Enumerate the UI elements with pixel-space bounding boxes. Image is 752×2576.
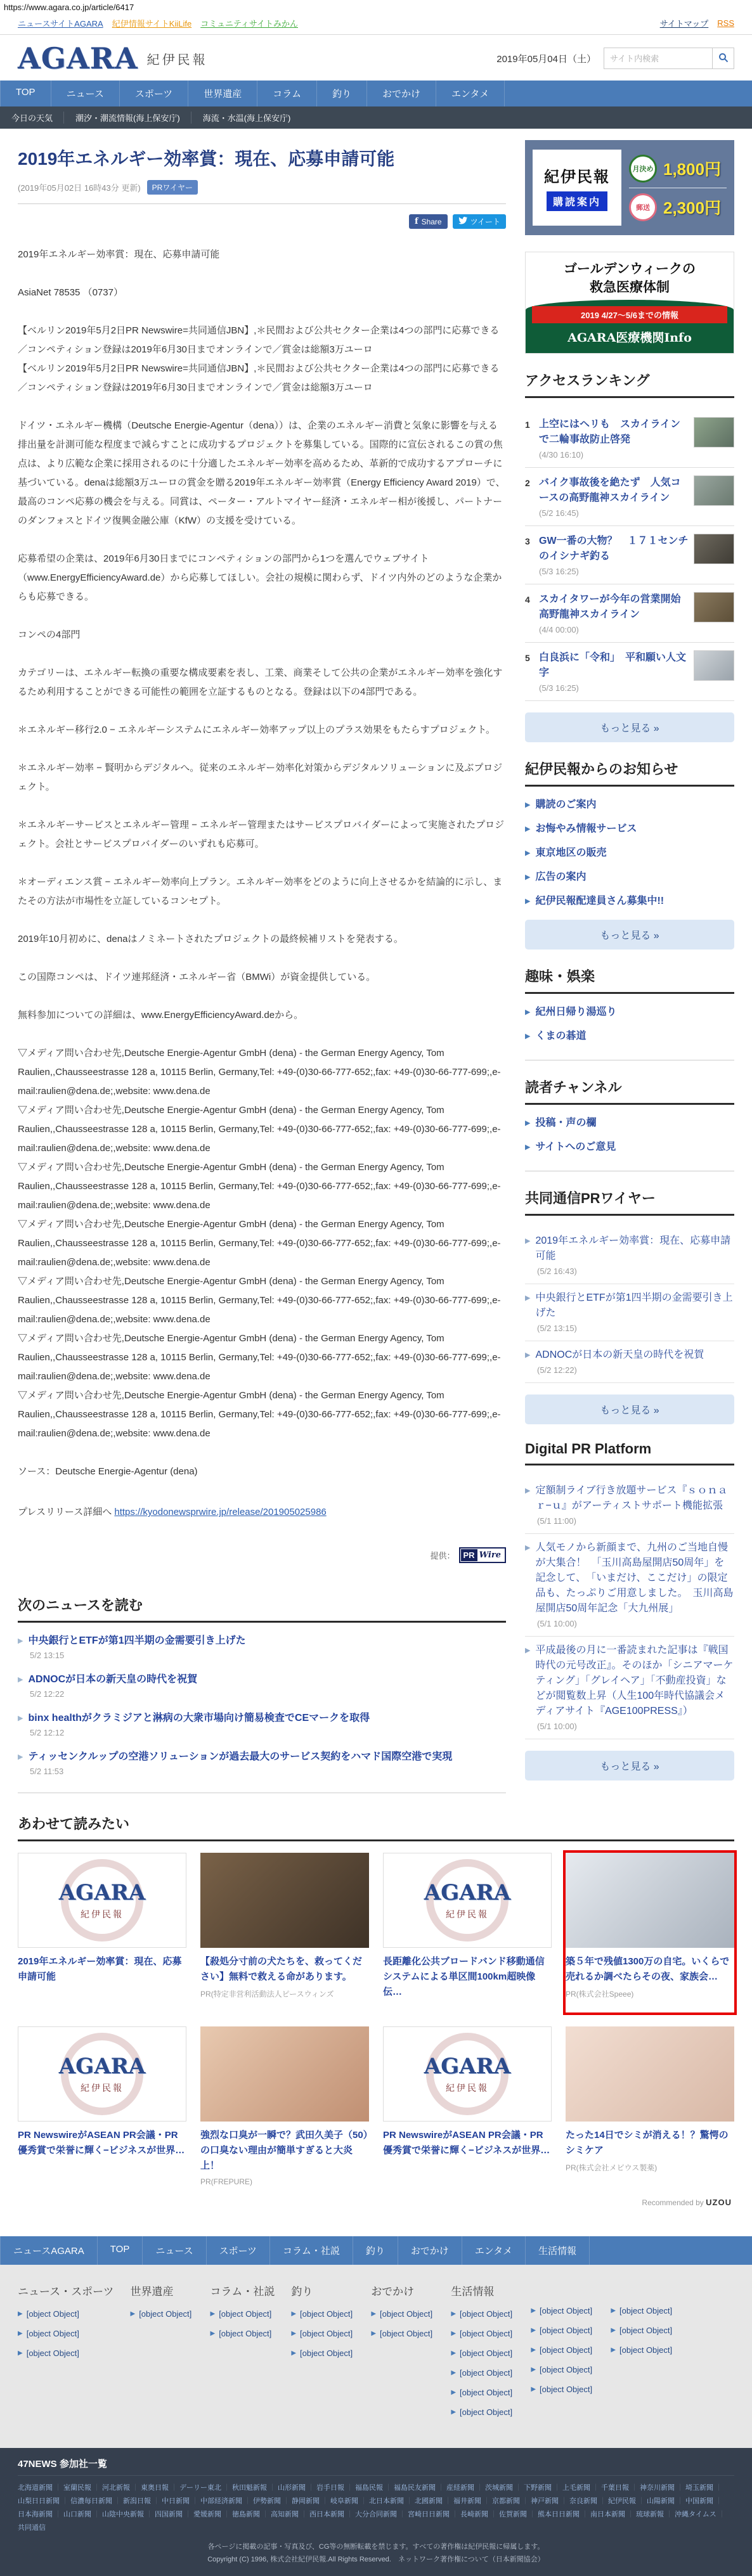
search-input[interactable] [604,49,712,68]
arrow-icon: ▶ [531,2325,536,2336]
main-nav-item[interactable]: TOP [0,80,51,106]
news47-member-link[interactable]: 福井新聞 [453,2495,492,2506]
news47-member-link[interactable]: 埼玉新聞 [685,2482,724,2492]
notice-item: ▶ 東京地区の販売 [525,846,734,860]
hobby-heading: 趣味・娯楽 [525,966,734,994]
footer-nav-item[interactable]: TOP [98,2236,143,2265]
logo-text: AGARA [18,44,138,73]
prwire-logo-pr: PR [461,1549,477,1561]
arrow-icon: ▶ [18,1673,23,1687]
arrow-icon: ▶ [451,2309,456,2320]
footer-link-item: ▶ [object Object] [531,2364,594,2376]
footer-link-item: ▶ [object Object] [451,2387,514,2399]
footer-link-item: ▶ [object Object] [531,2345,594,2356]
topbar-site-link[interactable]: 紀伊情報サイトKiiLife [112,17,192,29]
news47-member-link[interactable]: 宮崎日日新聞 [408,2509,460,2519]
arrow-icon: ▶ [291,2309,296,2320]
news47-member-link[interactable]: 千葉日報 [601,2482,640,2492]
news47-member-link[interactable]: 山梨日日新聞 [18,2495,70,2506]
footer-link[interactable]: [object Object] [619,2325,672,2336]
notice-more-button[interactable]: もっと見る » [525,920,734,950]
related-card[interactable]: AGARA 紀伊民報 PR NewswireがASEAN PR会議・PR優秀賞で… [18,2026,186,2186]
arrow-icon: ▶ [611,2345,616,2356]
news47-member-link[interactable]: 高知新聞 [271,2509,309,2519]
footer-link-item: ▶ [object Object] [451,2407,514,2418]
news47-member-link[interactable]: 北國新聞 [415,2495,453,2506]
article-paragraph: 無料参加についての詳細は、www.EnergyEfficiencyAward.d… [18,1006,506,1025]
related-card[interactable]: AGARA 紀伊民報 築５年で残値1300万の自宅。いくらで売れるか調べたらその… [566,1853,734,2012]
related-card-title[interactable]: 強烈な口臭が一瞬で？武田久美子（50）の口臭ない理由が簡単すぎると大炎上！ [200,2128,369,2173]
topbar-utility-link[interactable]: サイトマップ [660,17,709,29]
news47-member-link[interactable]: 中部経済新聞 [200,2495,253,2506]
news47-member-link[interactable]: 茨城新聞 [485,2482,524,2492]
article-paragraph-line: ▽メディア問い合わせ先,Deutsche Energie-Agentur Gmb… [18,1101,506,1158]
dpp-feed-time: (5/1 10:00) [537,1619,734,1628]
agara-logo-text: AGARA [59,1880,145,1905]
arrow-icon: ▶ [525,1233,530,1264]
notice-item-link[interactable]: 購読のご案内 [535,798,596,812]
news47-member-link[interactable]: 神奈川新聞 [640,2482,685,2492]
notice-item-link[interactable]: 東京地区の販売 [535,846,606,860]
article-paragraph-line: この国際コンペは、ドイツ連邦経済・エネルギー省（BMWi）が資金提供している。 [18,968,506,987]
monthly-price: 1,800円 [663,157,721,180]
ranking-item-link[interactable]: スカイタワーが今年の営業開始 高野龍神スカイライン [539,594,691,620]
ranking-item: 4 スカイタワーが今年の営業開始 高野龍神スカイライン (4/4 00:00) [525,584,734,643]
arrow-icon: ▶ [371,2328,376,2340]
news-list-item: ▶ ADNOCが日本の新天皇の時代を祝賀 5/2 12:22 [18,1673,506,1699]
topbar-utility-link[interactable]: RSS [717,18,734,28]
news47-member-link[interactable]: 奈良新聞 [569,2495,608,2506]
news47-member-link[interactable]: 沖縄タイムス [675,2509,727,2519]
article-paragraph-line: 【ベルリン2019年5月2日PR Newswire=共同通信JBN】,＊民間およ… [18,359,506,397]
arrow-icon: ▶ [18,2348,23,2359]
article-paragraph: ▽メディア問い合わせ先,Deutsche Energie-Agentur Gmb… [18,1044,506,1443]
arrow-icon: ▶ [18,2328,23,2340]
footer-link[interactable]: [object Object] [540,2305,592,2317]
related-card-title[interactable]: 築５年で残値1300万の自宅。いくらで売れるか調べたらその夜、家族会… [566,1954,734,1985]
news47-member-link[interactable]: 山形新聞 [278,2482,316,2492]
ranking-thumbnail[interactable] [694,650,734,681]
article-paragraph: ＊エネルギー移行2.0 − エネルギーシステムにエネルギー効率アップ以上のプラス… [18,721,506,740]
ranking-number: 3 [525,534,534,576]
footer-link[interactable]: [object Object] [460,2348,512,2359]
ranking-number: 5 [525,650,534,693]
footer-link-item: ▶ [object Object] [291,2348,354,2359]
ranking-item-link[interactable]: GW一番の大物？ １７１センチのイシナギ釣る [539,536,689,562]
dpp-feed-link[interactable]: 定額制ライブ行き放題サービス『ｓｏｎａｒ−ｕ』がアーティストサポート機能拡張 [535,1483,734,1514]
news47-member-link[interactable]: 新潟日報 [123,2495,162,2506]
arrow-icon: ▶ [525,822,530,836]
footer-nav-item[interactable]: 釣り [353,2236,398,2265]
news47-member-link[interactable]: 西日本新聞 [309,2509,355,2519]
sub-nav-item[interactable]: 海流・水温(海上保安庁) [191,106,302,129]
news-item-time: 5/2 13:15 [30,1651,506,1660]
article-paragraph: カテゴリーは、エネルギー転換の重要な構成要素を表し、工業、商業そして公共の企業が… [18,664,506,702]
gw-medical-ad-banner[interactable]: ゴールデンウィークの 救急医療体制 2019 4/27～5/6までの情報 AGA… [525,252,734,354]
news47-member-link[interactable]: 熊本日日新聞 [538,2509,590,2519]
topbar-site-link[interactable]: コミュニティサイトみかん [200,17,298,29]
related-card[interactable]: AGARA 紀伊民報 【殺処分寸前の犬たちを、救ってください】無料で救える命があ… [200,1853,369,2012]
prwire-feed-time: (5/2 13:15) [537,1323,734,1333]
news-list-item: ▶ 中央銀行とETFが第1四半期の金需要引き上げた 5/2 13:15 [18,1634,506,1660]
main-nav-item[interactable]: ニュース [51,80,120,106]
prwire-feed-heading: 共同通信PRワイヤー [525,1188,734,1216]
footer-link[interactable]: [object Object] [460,2367,512,2379]
notice-item: ▶ 紀伊民報配達員さん募集中!! [525,894,734,908]
site-logo[interactable]: AGARA 紀伊民報 [18,44,208,73]
footer-link[interactable]: [object Object] [27,2309,79,2320]
footer-link[interactable]: [object Object] [139,2309,191,2320]
prwire-feed-link[interactable]: ADNOCが日本の新天皇の時代を祝賀 [535,1348,704,1363]
header: AGARA 紀伊民報 2019年05月04日（土） [0,35,752,80]
article-updated-time: (2019年05月02日 16時43分 更新) [18,181,141,193]
ad-brand: 紀伊民報 [544,164,610,186]
footer-link[interactable]: [object Object] [300,2348,353,2359]
agara-logo-subtitle: 紀伊民報 [446,1908,489,1921]
footer-nav-item[interactable]: コラム・社説 [270,2236,353,2265]
footer-nav-item[interactable]: ニュース [143,2236,206,2265]
article-paragraph-line: 無料参加についての詳細は、www.EnergyEfficiencyAward.d… [18,1006,506,1025]
arrow-icon: ▶ [210,2309,215,2320]
news47-member-link[interactable]: 上毛新聞 [562,2482,601,2492]
news47-member-link[interactable]: 河北新報 [102,2482,141,2492]
news47-member-link[interactable]: 岩手日報 [316,2482,355,2492]
agara-logo-subtitle: 紀伊民報 [81,2082,124,2094]
news47-member-link[interactable]: 産経新聞 [446,2482,485,2492]
arrow-icon: ▶ [210,2328,215,2340]
pr-wire-badge: PRワイヤー [147,180,198,195]
news-item-link[interactable]: binx healthがクラミジアと淋病の大衆市場向け簡易検査でCEマークを取得 [28,1711,370,1725]
reader-channel-section: 読者チャンネル ▶ 投稿・声の欄 ▶ サイトへのご意見 [525,1077,734,1171]
news47-member-link[interactable]: 下野新聞 [524,2482,562,2492]
news47-member-link[interactable]: 神戸新聞 [531,2495,569,2506]
reader-channel-item-link[interactable]: 投稿・声の欄 [535,1116,596,1130]
footer-link-item: ▶ [object Object] [531,2305,594,2317]
dpp-feed-link[interactable]: 人気モノから新顔まで、九州のご当地自慢が大集合！ 「玉川高島屋開店50周年」を記… [535,1540,734,1616]
news47-member-link[interactable]: 山口新聞 [63,2509,102,2519]
news47-member-link[interactable]: 日本海新聞 [18,2509,63,2519]
facebook-share-button[interactable]: f Share [409,214,448,229]
related-card[interactable]: AGARA 紀伊民報 強烈な口臭が一瞬で？武田久美子（50）の口臭ない理由が簡単… [200,2026,369,2186]
arrow-icon: ▶ [451,2348,456,2359]
article-paragraph-line: ▽メディア問い合わせ先,Deutsche Energie-Agentur Gmb… [18,1329,506,1386]
sub-nav-item[interactable]: 今日の天気 [0,106,64,129]
article-paragraph: コンペの4部門 [18,626,506,645]
footer-nav-item[interactable]: エンタメ [462,2236,526,2265]
footer-nav-item[interactable]: おでかけ [398,2236,462,2265]
ranking-thumbnail[interactable] [694,475,734,506]
article-paragraph: 2019年エネルギー効率賞：現在、応募申請可能 [18,245,506,264]
ranking-item-time: (4/4 00:00) [539,625,689,634]
footer-column-heading: 生活情報 [451,2283,514,2298]
footer: ニュースAGARATOPニューススポーツコラム・社説釣りおでかけエンタメ生活情報… [0,2236,752,2576]
related-thumbnail: AGARA 紀伊民報 [383,2026,552,2122]
related-card[interactable]: AGARA 紀伊民報 長距離化公共ブロードバンド移動通信システムによる単区間10… [383,1853,552,2012]
arrow-icon: ▶ [451,2407,456,2418]
related-card[interactable]: AGARA 紀伊民報 PR NewswireがASEAN PR会議・PR優秀賞で… [383,2026,552,2186]
footer-column-heading: 釣り [291,2283,354,2298]
news47-member-link[interactable]: 東奥日報 [141,2482,179,2492]
ranking-item-time: (5/3 16:25) [539,683,689,693]
page-title: 2019年エネルギー効率賞：現在、応募申請可能 [18,146,506,171]
recommended-by: Recommended by UZOU [18,2198,732,2207]
news47-member-link[interactable]: 室蘭民報 [63,2482,102,2492]
agara-logo-subtitle: 紀伊民報 [446,2082,489,2094]
recommended-by-label: Recommended by [642,2198,703,2207]
ranking-thumbnail[interactable] [694,534,734,564]
article-paragraph-line: ソース：Deutsche Energie-Agentur (dena) [18,1462,506,1481]
news-item-link[interactable]: ADNOCが日本の新天皇の時代を祝賀 [28,1673,197,1687]
related-card-title[interactable]: PR NewswireがASEAN PR会議・PR優秀賞で栄誉に輝く−ビジネスが… [383,2128,552,2158]
ranking-more-button[interactable]: もっと見る » [525,712,734,742]
related-card-title[interactable]: 2019年エネルギー効率賞：現在、応募申請可能 [18,1954,186,1985]
mail-price-tag: 郵送 [629,193,657,221]
footer-link[interactable]: [object Object] [27,2348,79,2359]
arrow-icon: ▶ [525,870,530,884]
ranking-item-link[interactable]: 白良浜に「令和」 平和願い人文字 [539,652,686,678]
arrow-icon: ▶ [525,846,530,860]
sub-nav-item[interactable]: 潮汐・潮流情報(海上保安庁) [64,106,191,129]
article-paragraph-line: ＊エネルギーサービスとエネルギー管理 − エネルギー管理またはサービスプロバイダ… [18,816,506,854]
ad-period-strip: 2019 4/27～5/6までの情報 [532,306,727,323]
reader-channel-item: ▶ 投稿・声の欄 [525,1116,734,1130]
main-nav-item[interactable]: 世界遺産 [188,80,257,106]
footer-link[interactable]: [object Object] [460,2387,512,2399]
related-card-title[interactable]: PR NewswireがASEAN PR会議・PR優秀賞で栄誉に輝く−ビジネスが… [18,2128,186,2158]
footer-link[interactable]: [object Object] [219,2309,271,2320]
arrow-icon: ▶ [291,2348,296,2359]
article-paragraph: ＊エネルギー効率 − 賢明からデジタルへ。従来のエネルギー効率化対策からデジタル… [18,759,506,797]
ranking-thumbnail[interactable] [694,417,734,448]
news47-member-link[interactable]: 北海道新聞 [18,2482,63,2492]
related-card-title[interactable]: たった14日でシミが消える！？驚愕のシミケア [566,2128,734,2158]
article-paragraph-line: ▽メディア問い合わせ先,Deutsche Energie-Agentur Gmb… [18,1158,506,1215]
news47-member-link[interactable]: 福島民友新聞 [394,2482,446,2492]
main-nav-item[interactable]: スポーツ [120,80,188,106]
news47-heading: 47NEWS 参加社一覧 [18,2457,734,2476]
main-nav: TOPニューススポーツ世界遺産コラム釣りおでかけエンタメ [0,80,752,106]
news47-member-link[interactable]: 中日新聞 [162,2495,200,2506]
news47-member-link[interactable]: 静岡新聞 [292,2495,330,2506]
ranking-item-link[interactable]: バイク事故後を絶たず 人気コースの高野龍神スカイライン [539,477,681,503]
arrow-icon: ▶ [130,2309,135,2320]
article-paragraph: この国際コンペは、ドイツ連邦経済・エネルギー省（BMWi）が資金提供している。 [18,968,506,987]
main-nav-item[interactable]: エンタメ [436,80,505,106]
article-paragraph: AsiaNet 78535 （0737） [18,283,506,302]
footer-link[interactable]: [object Object] [619,2305,672,2317]
footer-link[interactable]: [object Object] [380,2309,432,2320]
news47-member-link[interactable]: 秋田魁新報 [232,2482,278,2492]
news-item-link[interactable]: 中央銀行とETFが第1四半期の金需要引き上げた [28,1634,245,1648]
news47-member-link[interactable]: 四国新聞 [155,2509,193,2519]
related-card[interactable]: AGARA 紀伊民報 たった14日でシミが消える！？驚愕のシミケア PR(株式会… [566,2026,734,2186]
ranking-number: 4 [525,592,534,634]
footer-link-item: ▶ [object Object] [611,2325,674,2336]
notice-item-link[interactable]: お悔やみ情報サービス [535,822,637,836]
footer-column-heading: コラム・社説 [210,2283,275,2298]
article-paragraph: ドイツ・エネルギー機構（Deutsche Energie-Agentur（den… [18,416,506,531]
footer-link-item: ▶ [object Object] [611,2345,674,2356]
footer-link[interactable]: [object Object] [540,2325,592,2336]
news47-member-link[interactable]: 岐阜新聞 [330,2495,369,2506]
news47-member-link[interactable]: 京都新聞 [492,2495,531,2506]
footer-link[interactable]: [object Object] [460,2309,512,2320]
sidebar: 紀伊民報 購読案内 月決め 1,800円 郵送 2,300円 [525,140,734,1797]
prwire-logo[interactable]: PR Wire [459,1547,507,1563]
main-nav-item[interactable]: 釣り [317,80,367,106]
footer-link-item: ▶ [object Object] [18,2328,113,2340]
footer-link[interactable]: [object Object] [27,2328,79,2340]
press-release-link[interactable]: https://kyodonewsprwire.jp/release/20190… [114,1507,326,1517]
news47-member-link[interactable]: 長崎新聞 [460,2509,499,2519]
article-paragraph-line: ▽メディア問い合わせ先,Deutsche Energie-Agentur Gmb… [18,1215,506,1272]
ranking-item: 5 白良浜に「令和」 平和願い人文字 (5/3 16:25) [525,643,734,701]
arrow-icon: ▶ [525,1116,530,1130]
related-card-title[interactable]: 長距離化公共ブロードバンド移動通信システムによる単区間100km超映像伝… [383,1954,552,2000]
notice-item-link[interactable]: 広告の案内 [535,870,586,884]
ranking-number: 1 [525,417,534,460]
mail-price: 2,300円 [663,195,721,219]
news-item-link[interactable]: ティッセンクルップの空港ソリューションが過去最大のサービス契約をハマド国際空港で… [28,1750,452,1764]
news47-member-link[interactable]: 信濃毎日新聞 [70,2495,123,2506]
related-card-title[interactable]: 【殺処分寸前の犬たちを、救ってください】無料で救える命があります。 [200,1954,369,1985]
notice-section: 紀伊民報からのお知らせ ▶ 購読のご案内 ▶ お悔やみ情報サービス ▶ 東京地区… [525,759,734,950]
footer-column: コラム・社説 ▶ [object Object] ▶ [object Objec… [210,2283,275,2426]
dpp-more-button[interactable]: もっと見る » [525,1751,734,1781]
news47-member-link[interactable]: 山陰中央新報 [102,2509,155,2519]
main-nav-item[interactable]: コラム [257,80,317,106]
news-item-time: 5/2 11:53 [30,1767,506,1776]
related-card[interactable]: AGARA 紀伊民報 2019年エネルギー効率賞：現在、応募申請可能 [18,1853,186,2012]
article-paragraph-line: 応募希望の企業は、2019年6月30日までにコンペティションの部門から1つを選ん… [18,550,506,607]
prwire-more-button[interactable]: もっと見る » [525,1394,734,1424]
footer-link[interactable]: [object Object] [619,2345,672,2356]
subscription-ad-banner[interactable]: 紀伊民報 購読案内 月決め 1,800円 郵送 2,300円 [525,140,734,235]
news47-member-link[interactable]: 福島民報 [355,2482,394,2492]
news47-member-link[interactable]: 伊勢新聞 [253,2495,292,2506]
footer-nav-item[interactable]: スポーツ [207,2236,270,2265]
dpp-feed-item: ▶ 人気モノから新顔まで、九州のご当地自慢が大集合！ 「玉川高島屋開店50周年」… [525,1534,734,1637]
topbar-utility-links: サイトマップRSS [660,17,734,29]
related-card-pr-credit [18,1988,186,1997]
tweet-button[interactable]: ツイート [453,214,506,229]
search-button[interactable] [712,48,734,68]
arrow-icon: ▶ [371,2309,376,2320]
footer-nav-item[interactable]: 生活情報 [526,2236,590,2265]
footer-link[interactable]: [object Object] [300,2328,353,2340]
news47-member-link[interactable]: 徳島新聞 [232,2509,271,2519]
news47-member-link[interactable]: 大分合同新聞 [355,2509,408,2519]
prwire-feed-link[interactable]: 2019年エネルギー効率賞：現在、応募申請可能 [535,1233,734,1264]
related-card-pr-credit: PR(株式会社Speee) [566,1988,734,1999]
prwire-feed-link[interactable]: 中央銀行とETFが第1四半期の金需要引き上げた [535,1291,734,1321]
news-list-item: ▶ binx healthがクラミジアと淋病の大衆市場向け簡易検査でCEマークを… [18,1711,506,1737]
ranking-item-time: (4/30 16:10) [539,450,689,460]
footer-link[interactable]: [object Object] [540,2345,592,2356]
article-paragraph: 応募希望の企業は、2019年6月30日までにコンペティションの部門から1つを選ん… [18,550,506,607]
ad-headline-line2: 救急医療体制 [529,278,730,297]
footer-link-item: ▶ [object Object] [210,2328,275,2340]
article-paragraph-line: ドイツ・エネルギー機構（Deutsche Energie-Agentur（den… [18,416,506,531]
page: https://www.agara.co.jp/article/6417 ニュー… [0,0,752,2576]
hobby-item-link[interactable]: 紀州日帰り湯巡り [535,1005,616,1019]
dpp-feed-item: ▶ 平成最後の月に一番読まれた記事は『戦国時代の元号改正』。そのほか「シニアマー… [525,1637,734,1739]
footer-link[interactable]: [object Object] [460,2328,512,2340]
arrow-icon: ▶ [525,1005,530,1019]
footer-link-item: ▶ [object Object] [371,2309,434,2320]
footer-column: ニュース・スポーツ ▶ [object Object] ▶ [object Ob… [18,2283,113,2426]
hobby-item: ▶ 紀州日帰り湯巡り [525,1005,734,1019]
ranking-item-link[interactable]: 上空にはヘリも スカイラインで二輪事故防止啓発 [539,419,680,445]
arrow-icon: ▶ [531,2364,536,2376]
ad-divider [629,188,727,188]
arrow-icon: ▶ [18,1634,23,1648]
hobby-item-link[interactable]: くまの碁道 [535,1029,586,1043]
dpp-feed-link[interactable]: 平成最後の月に一番読まれた記事は『戦国時代の元号改正』。そのほか「シニアマーケテ… [535,1643,734,1719]
arrow-icon: ▶ [451,2367,456,2379]
footer-link[interactable]: [object Object] [540,2364,592,2376]
news47-member-link[interactable]: 紀伊民報 [608,2495,647,2506]
uzou-logo[interactable]: UZOU [706,2198,732,2207]
news47-member-link[interactable]: 愛媛新聞 [193,2509,232,2519]
arrow-icon: ▶ [531,2305,536,2317]
search-icon [718,53,729,65]
copyright-line-2: Copyright (C) 1996, 株式会社紀伊民報.All Rights … [18,2554,734,2566]
news47-member-link[interactable]: デーリー東北 [179,2482,232,2492]
ranking-number: 2 [525,475,534,518]
footer-link[interactable]: [object Object] [300,2309,353,2320]
footer-link[interactable]: [object Object] [540,2384,592,2395]
notice-item-link[interactable]: 紀伊民報配達員さん募集中!! [535,894,664,908]
arrow-icon: ▶ [611,2305,616,2317]
news47-member-link[interactable]: 中国新聞 [685,2495,724,2506]
ranking-thumbnail[interactable] [694,592,734,622]
footer-link-item: ▶ [object Object] [18,2348,113,2359]
footer-nav: ニュースAGARATOPニューススポーツコラム・社説釣りおでかけエンタメ生活情報 [0,2236,752,2265]
agara-logo-text: AGARA [424,1880,510,1905]
arrow-icon: ▶ [525,1029,530,1043]
footer-link[interactable]: [object Object] [380,2328,432,2340]
access-ranking-section: アクセスランキング 1 上空にはヘリも スカイラインで二輪事故防止啓発 (4/3… [525,370,734,742]
news47-member-link[interactable]: 共同通信 [18,2522,46,2532]
article-paragraph-line: カテゴリーは、エネルギー転換の重要な構成要素を表し、工業、商業そして公共の企業が… [18,664,506,702]
news47-member-link[interactable]: 山陽新聞 [647,2495,685,2506]
news47-member-link[interactable]: 琉球新報 [636,2509,675,2519]
footer-column-heading [611,2283,674,2295]
footer-link[interactable]: [object Object] [219,2328,271,2340]
press-release-label: プレスリリース詳細へ [18,1507,112,1517]
news47-member-link[interactable]: 北日本新聞 [369,2495,415,2506]
tweet-label: ツイート [470,216,500,227]
footer-link[interactable]: [object Object] [460,2407,512,2418]
main-nav-item[interactable]: おでかけ [367,80,436,106]
topbar-site-link[interactable]: ニュースサイトAGARA [18,17,103,29]
article-paragraph-line: ▽メディア問い合わせ先,Deutsche Energie-Agentur Gmb… [18,1386,506,1443]
article-paragraph-line: ＊エネルギー移行2.0 − エネルギーシステムにエネルギー効率アップ以上のプラス… [18,721,506,740]
news47-member-link[interactable]: 佐賀新聞 [499,2509,538,2519]
prwire-feed-item: ▶ 2019年エネルギー効率賞：現在、応募申請可能 (5/2 16:43) [525,1227,734,1284]
news47-member-link[interactable]: 南日本新聞 [590,2509,636,2519]
copyright-line-1: 各ページに掲載の記事・写真及び、CG等の無断転載を禁じます。すべての著作権は紀伊… [18,2541,734,2554]
related-heading: あわせて読みたい [18,1813,734,1841]
ranking-item-time: (5/2 16:45) [539,508,689,518]
footer-link-item: ▶ [object Object] [291,2328,354,2340]
prwire-logo-wire: Wire [479,1550,501,1560]
ranking-item: 1 上空にはヘリも スカイラインで二輪事故防止啓発 (4/30 16:10) [525,409,734,468]
related-card-pr-credit [18,2162,186,2171]
footer-nav-item[interactable]: ニュースAGARA [0,2236,98,2265]
reader-channel-item-link[interactable]: サイトへのご意見 [535,1140,616,1154]
